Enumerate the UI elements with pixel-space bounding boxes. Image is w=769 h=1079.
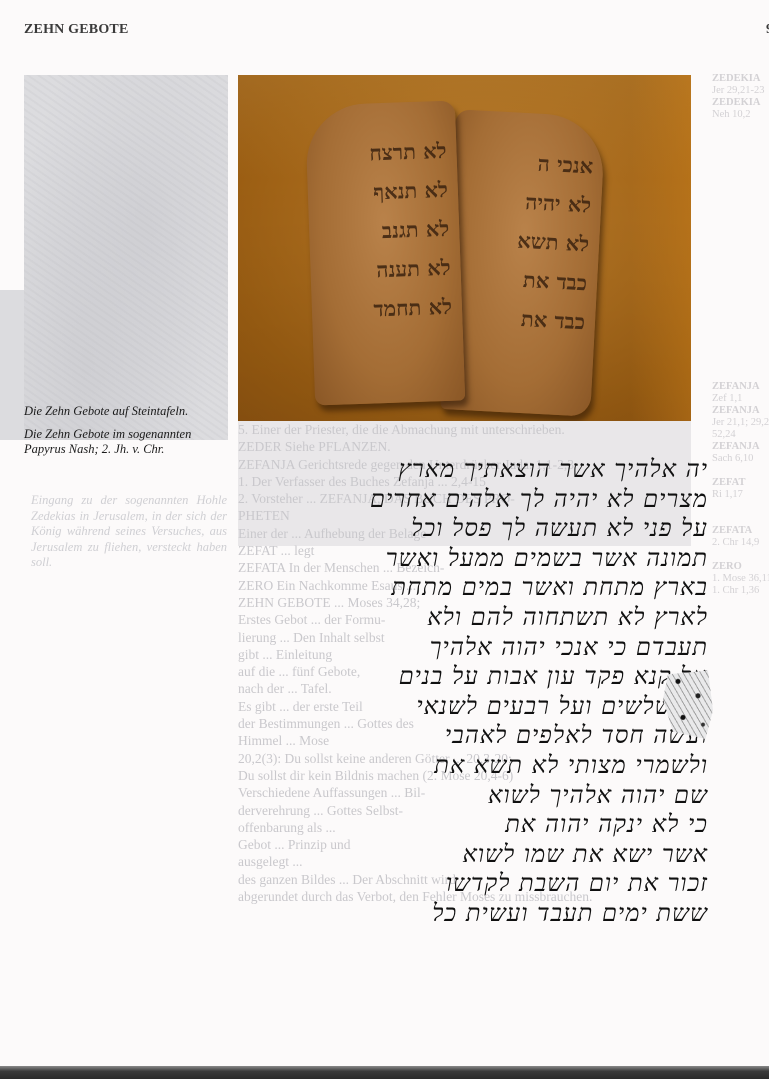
- papyrus-line: על פני לא תעשה לך פסל וכל: [258, 514, 708, 544]
- papyrus-line: ועשה חסד לאלפים לאהבי: [258, 721, 708, 751]
- running-head: ZEHN GEBOTE: [24, 22, 129, 38]
- papyrus-line: תמונה אשר בשמים ממעל ואשר: [258, 544, 708, 574]
- left-tablet-text: לא תרצח לא תנאף לא תגנב לא תענה לא תחמד: [316, 131, 453, 330]
- papyrus-line: ולשמרי מצותי לא תשא את: [258, 751, 708, 781]
- index-entry: ZEFANJA Zef 1,1 ZEFANJA Jer 21,1; 29,25;…: [712, 381, 769, 465]
- papyrus-line: על שלשים ועל רבעים לשנאי: [258, 692, 708, 722]
- caption-tablets: Die Zehn Gebote auf Steintafeln.: [24, 404, 229, 419]
- main-photo-stone-tablets: אנכי ה לא יהיה לא תשא כבד את כבד את לא ת…: [238, 75, 691, 421]
- index-entry: ZEDEKIA Jer 29,21-23 ZEDEKIA Neh 10,2: [712, 73, 769, 121]
- index-entry: ZEFAT Ri 1,17: [712, 477, 769, 501]
- margin-index: ZEDEKIA Jer 29,21-23 ZEDEKIA Neh 10,2 ZE…: [712, 73, 769, 609]
- papyrus-nash-image: יה אלהיך אשר הוצאתיך מארץ מצרים לא יהיה …: [258, 455, 708, 929]
- papyrus-line: מצרים לא יהיה לך אלהים אחרים: [258, 485, 708, 515]
- papyrus-line: ששת ימים תעבד ועשית כל: [258, 899, 708, 929]
- papyrus-line: אל קנא פקד עון אבות על בנים: [258, 662, 708, 692]
- figure-captions: Die Zehn Gebote auf Steintafeln. Die Zeh…: [24, 404, 229, 465]
- left-faded-image-upper: [24, 75, 228, 440]
- index-entry: ZEFATA 2. Chr 14,9: [712, 525, 769, 549]
- index-entry: ZERO 1. Mose 36,11; 1. Chr 1,36: [712, 561, 769, 597]
- bleed-through-caption: Eingang zu der sogenannten Hohle Zedekia…: [31, 493, 227, 571]
- caption-papyrus: Die Zehn Gebote im sogenannten Papyrus N…: [24, 427, 229, 457]
- papyrus-line: יה אלהיך אשר הוצאתיך מארץ: [258, 455, 708, 485]
- papyrus-line: בארץ מתחת ואשר במים מתחת: [258, 573, 708, 603]
- scan-bottom-edge: [0, 1066, 769, 1079]
- photo-light-edge: [631, 75, 691, 421]
- papyrus-line: זכור את יום השבת לקדשו: [258, 869, 708, 899]
- papyrus-line: שם יהוה אלהיך לשוא: [258, 781, 708, 811]
- right-tablet: אנכי ה לא יהיה לא תשא כבד את כבד את: [440, 109, 605, 416]
- left-tablet: לא תרצח לא תנאף לא תגנב לא תענה לא תחמד: [305, 100, 465, 405]
- right-tablet-text: אנכי ה לא יהיה לא תשא כבד את כבד את: [454, 140, 594, 342]
- papyrus-line: כי לא ינקה יהוה את: [258, 810, 708, 840]
- papyrus-line: תעבדם כי אנכי יהוה אלהיך: [258, 633, 708, 663]
- papyrus-line: לארץ לא תשתחוה להם ולא: [258, 603, 708, 633]
- papyrus-line: אשר ישא את שמו לשוא: [258, 840, 708, 870]
